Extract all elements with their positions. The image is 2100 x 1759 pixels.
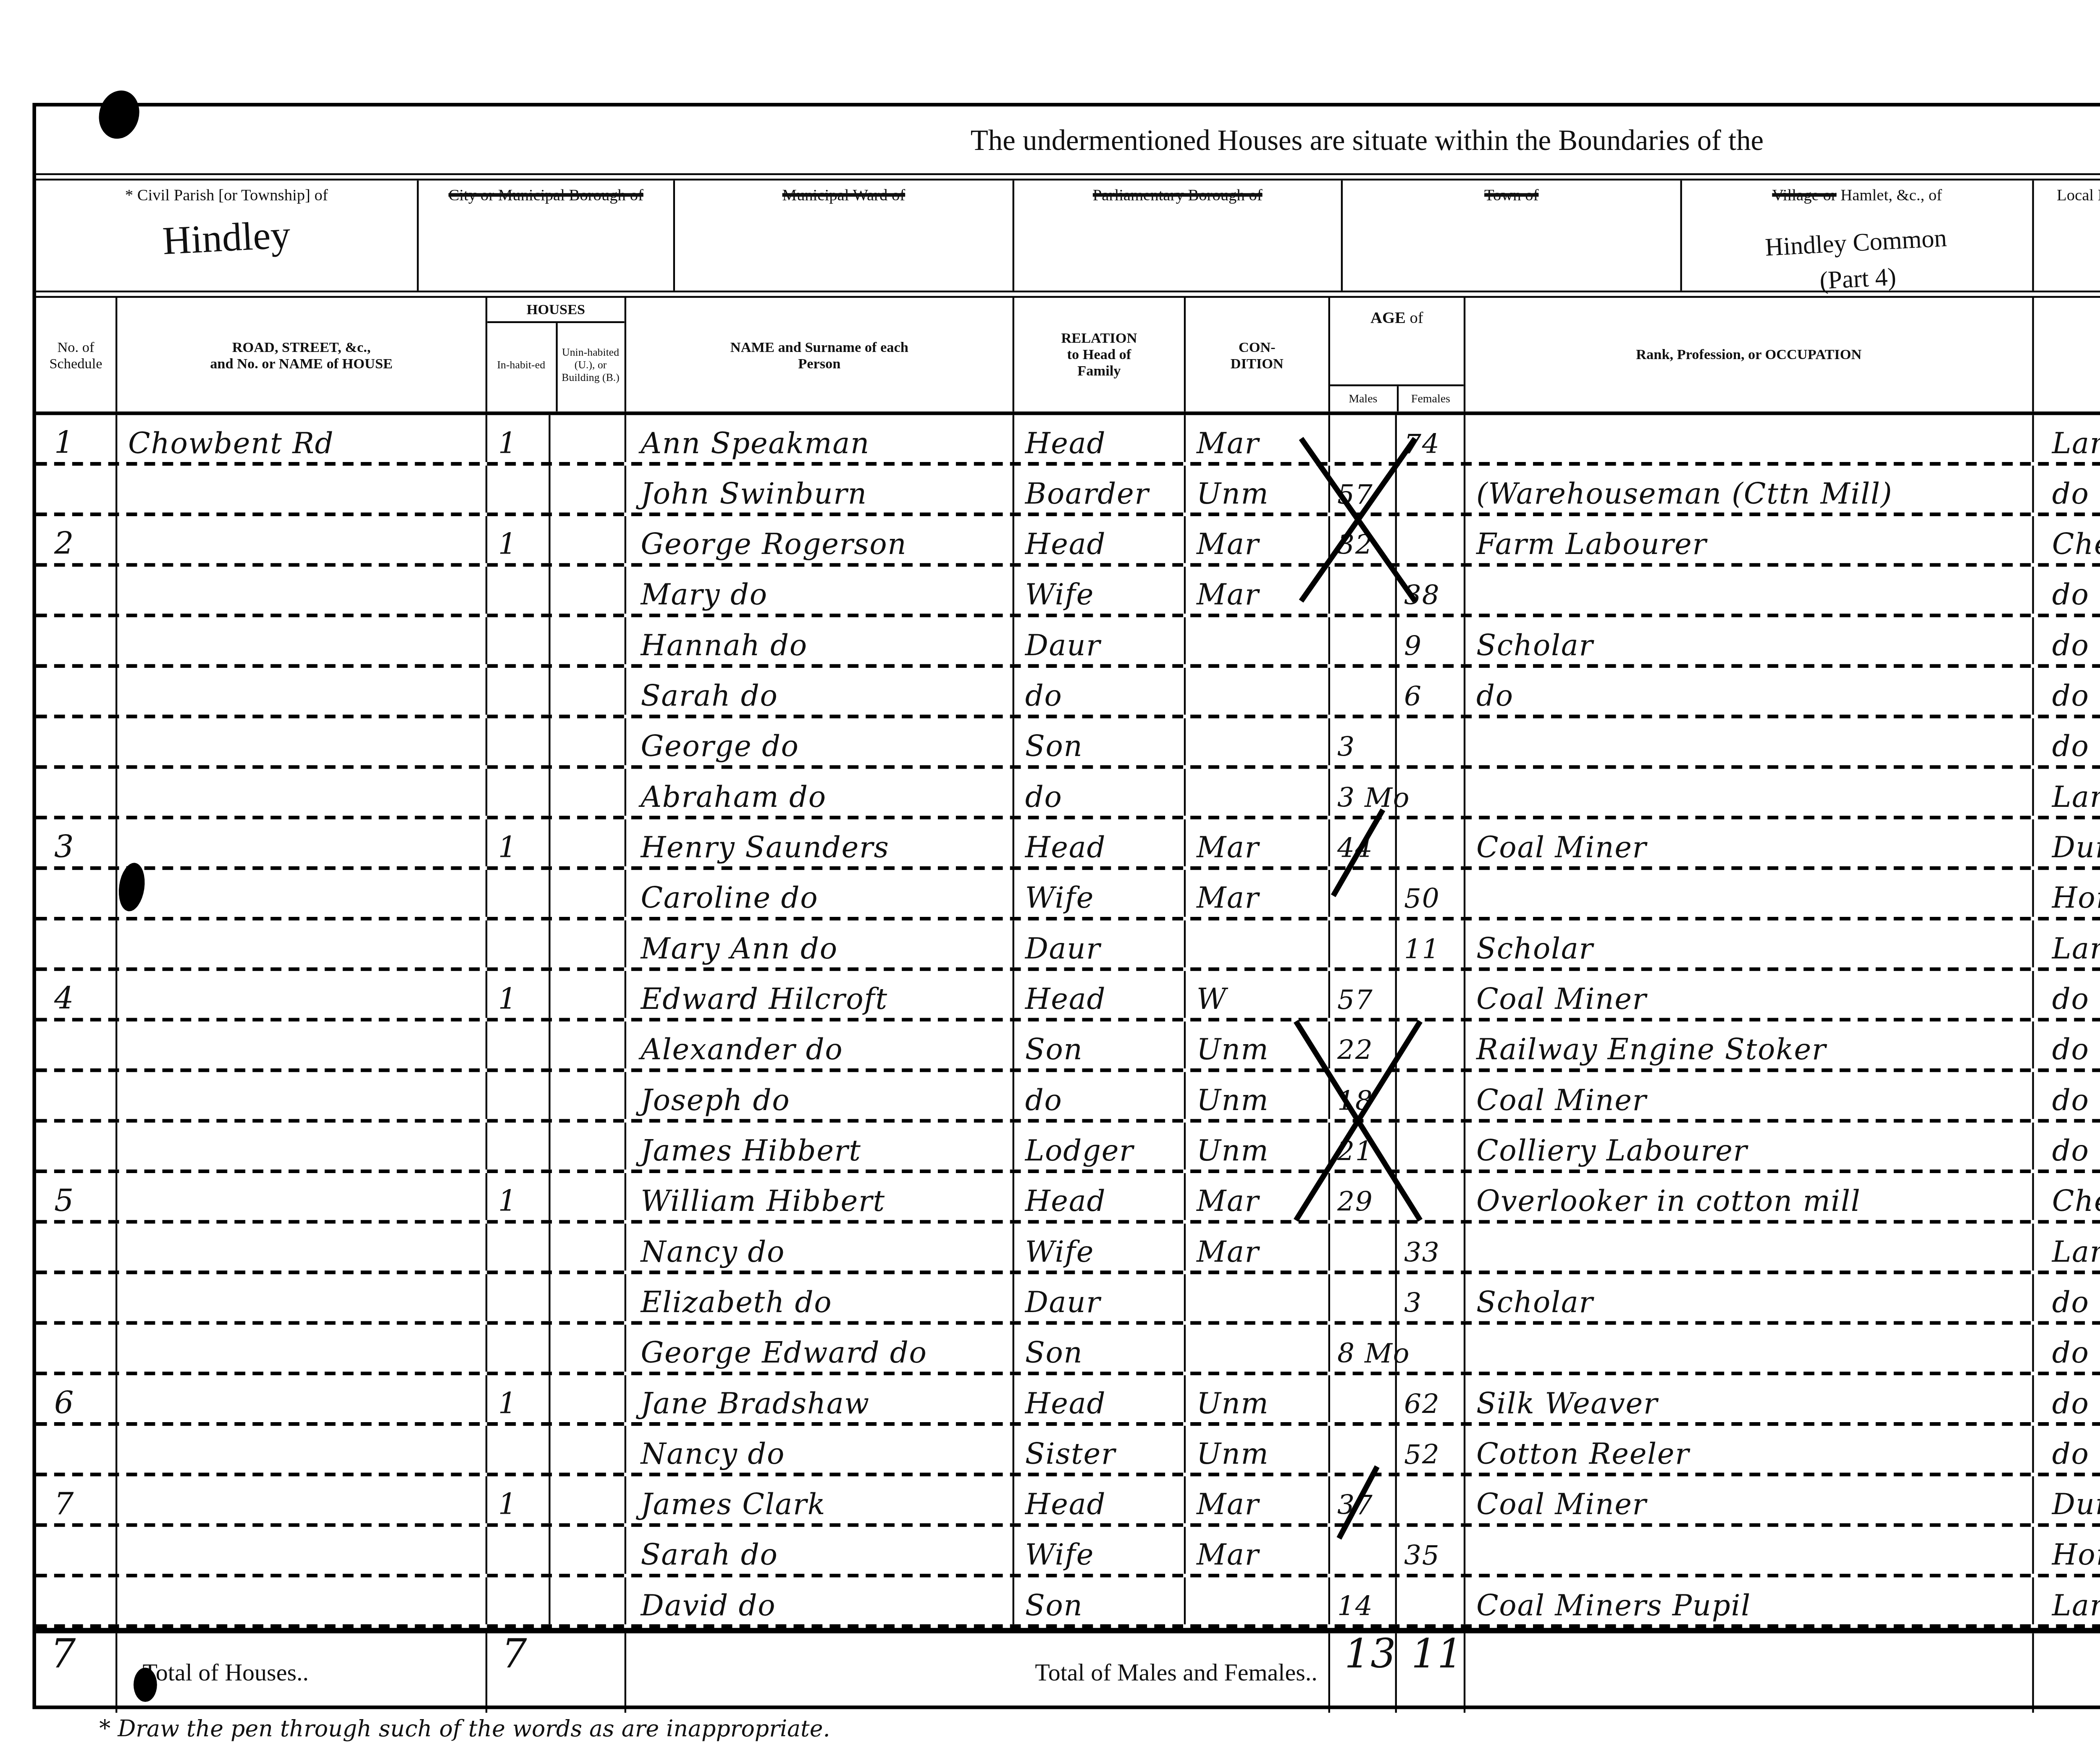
census-table: The undermentioned Houses are situate wi… [32, 103, 2100, 1709]
cell-where-born: do do [2034, 718, 2100, 765]
entry-occupation: Colliery Labourer [1476, 1135, 1748, 1168]
cell-name: Sarah do [626, 668, 1014, 715]
cell-houses-inhabited: 1 [487, 971, 550, 1018]
entry-name: James Clark [640, 1489, 826, 1521]
cell-houses-inhabited [487, 466, 550, 513]
header-local-board: Local Board, or [Improvement Commissione… [2034, 181, 2100, 291]
table-row: Elizabeth doDaur3Scholardo do [36, 1274, 2100, 1325]
cell-name: William Hibbert [626, 1173, 1014, 1220]
entry-occupation: Farm Labourer [1476, 529, 1707, 561]
cell-road [117, 1426, 487, 1473]
cell-relation: Lodger [1014, 1123, 1186, 1170]
cell-schedule [36, 1072, 117, 1119]
entry-relation: Wife [1025, 1539, 1094, 1572]
entry-name: Elizabeth do [640, 1287, 832, 1319]
cell-age-female [1397, 1476, 1465, 1523]
entry-name: Nancy do [640, 1236, 785, 1268]
entry-where-born: Lancashire Bold [2052, 428, 2100, 460]
colhead-females: Females [1398, 386, 1464, 412]
cell-age-female [1397, 1072, 1465, 1119]
header-municipal-ward: Municipal Ward of [675, 181, 1014, 291]
entry-age-female: 9 [1404, 630, 1422, 662]
cell-houses-inhabited [487, 1223, 550, 1271]
entry-houses-inhabited: 1 [498, 832, 517, 864]
cell-occupation: Coal Miner [1465, 819, 2034, 866]
cell-where-born: do do [2034, 1072, 2100, 1119]
cell-road [117, 870, 487, 917]
cell-schedule [36, 617, 117, 664]
cell-relation: Wife [1014, 1223, 1186, 1271]
cell-name: Edward Hilcroft [626, 971, 1014, 1018]
totals-males-females-label: Total of Males and Females.. [626, 1633, 1330, 1713]
entry-road: Chowbent Rd [128, 428, 334, 460]
table-row: Mary Ann doDaur11ScholarLancashire Bolto… [36, 920, 2100, 971]
totals-females-value: 11 [1397, 1633, 1465, 1713]
cell-condition: Mar [1186, 1527, 1330, 1574]
cell-schedule [36, 1426, 117, 1473]
cell-where-born: do Ince [2034, 1375, 2100, 1422]
cell-schedule [36, 1021, 117, 1069]
entry-condition: Unm [1197, 1084, 1269, 1117]
colhead-where-born: WHERE BORN [2034, 298, 2100, 412]
cell-relation: Head [1014, 516, 1186, 563]
cell-relation: Daur [1014, 1274, 1186, 1321]
cell-houses-uninhabited [551, 1021, 626, 1069]
colhead-males: Males [1330, 386, 1398, 412]
cell-houses-uninhabited [551, 567, 626, 614]
cell-age-male: 14 [1330, 1578, 1397, 1625]
cell-name: George do [626, 718, 1014, 765]
cell-condition [1186, 1578, 1330, 1625]
cell-relation: Head [1014, 1375, 1186, 1422]
cell-road [117, 617, 487, 664]
cell-road [117, 567, 487, 614]
totals-row: 7 Total of Houses.. 7 Total of Males and… [36, 1628, 2100, 1713]
cell-houses-inhabited [487, 1072, 550, 1119]
cell-condition [1186, 1274, 1330, 1321]
cell-road [117, 1173, 487, 1220]
entry-houses-inhabited: 1 [498, 984, 517, 1016]
cell-houses-uninhabited [551, 1527, 626, 1574]
table-row: James HibbertLodgerUnm21Colliery Laboure… [36, 1123, 2100, 1173]
entry-name: David do [640, 1590, 776, 1622]
entry-where-born: do Hindley [2052, 984, 2100, 1016]
entry-age-female: 33 [1404, 1236, 1440, 1268]
cell-relation: Wife [1014, 567, 1186, 614]
cell-houses-inhabited [487, 1527, 550, 1574]
header-municipal-borough: City or Municipal Borough of [419, 181, 675, 291]
cell-age-female [1397, 1123, 1465, 1170]
header-village-hamlet: Village or Hamlet, &c., of Hindley Commo… [1682, 181, 2034, 291]
title-band: The undermentioned Houses are situate wi… [36, 107, 2100, 181]
entry-schedule: 6 [54, 1388, 74, 1420]
cell-houses-uninhabited [551, 1072, 626, 1119]
cell-relation: Head [1014, 1476, 1186, 1523]
entry-condition: Mar [1197, 1236, 1259, 1268]
entry-where-born: Lancashire Bolton [2052, 933, 2100, 966]
cell-condition: Mar [1186, 516, 1330, 563]
cell-age-male [1330, 567, 1397, 614]
cell-houses-inhabited [487, 1325, 550, 1372]
cell-occupation: Silk Weaver [1465, 1375, 2034, 1422]
cell-age-female [1397, 1578, 1465, 1625]
table-row: 71James ClarkHeadMar37Coal MinerDunferml… [36, 1476, 2100, 1527]
entry-relation: Head [1025, 832, 1106, 864]
cell-relation: Wife [1014, 870, 1186, 917]
cell-schedule [36, 1578, 117, 1625]
cell-occupation: Cotton Reeler [1465, 1426, 2034, 1473]
entry-where-born: do do [2052, 680, 2100, 713]
cell-schedule [36, 466, 117, 513]
cell-name: Jane Bradshaw [626, 1375, 1014, 1422]
entry-condition: Unm [1197, 478, 1269, 511]
totals-occupation-blank [1465, 1633, 2034, 1713]
entry-name: William Hibbert [640, 1186, 885, 1218]
entry-occupation: Overlooker in cotton mill [1476, 1186, 1861, 1218]
cell-condition: Mar [1186, 415, 1330, 462]
cell-condition: Unm [1186, 1072, 1330, 1119]
entry-age-female: 11 [1404, 933, 1440, 966]
cell-relation: do [1014, 769, 1186, 816]
cell-road [117, 1476, 487, 1523]
colhead-age: AGE of Males Females [1330, 298, 1465, 412]
totals-houses-value: 7 [487, 1633, 626, 1713]
entry-relation: Son [1025, 1337, 1083, 1370]
cell-name: George Rogerson [626, 516, 1014, 563]
entry-age-female: 35 [1404, 1539, 1440, 1572]
entry-relation: do [1025, 680, 1063, 713]
entry-where-born: do Prestolee [2052, 1135, 2100, 1168]
entry-condition: Unm [1197, 1034, 1269, 1066]
entry-where-born: Cheshire Dunham [2052, 529, 2100, 561]
cell-age-female: 6 [1397, 668, 1465, 715]
entry-relation: Wife [1025, 882, 1094, 915]
cell-occupation [1465, 1223, 2034, 1271]
cell-occupation: Railway Engine Stoker [1465, 1021, 2034, 1069]
cell-condition: Mar [1186, 819, 1330, 866]
cell-where-born: Lancashire Bold [2034, 415, 2100, 462]
cell-occupation: Scholar [1465, 617, 2034, 664]
cell-houses-uninhabited [551, 1223, 626, 1271]
cell-age-male: 37 [1330, 1476, 1397, 1523]
table-row: 41Edward HilcroftHeadW57Coal Minerdo Hin… [36, 971, 2100, 1021]
cell-relation: Son [1014, 718, 1186, 765]
cell-road [117, 1274, 487, 1321]
cell-age-female: 62 [1397, 1375, 1465, 1422]
entry-occupation: Coal Miner [1476, 1489, 1647, 1521]
cell-schedule: 3 [36, 819, 117, 866]
entry-name: Abraham do [640, 782, 826, 814]
cell-age-female [1397, 466, 1465, 513]
cell-relation: Son [1014, 1021, 1186, 1069]
cell-schedule [36, 567, 117, 614]
entry-occupation: Scholar [1476, 630, 1593, 662]
cell-age-female [1397, 718, 1465, 765]
entry-occupation: Coal Miner [1476, 832, 1647, 864]
entry-occupation: (Warehouseman (Cttn Mill) [1476, 478, 1893, 511]
cell-where-born: Durham [2034, 819, 2100, 866]
entry-name: Henry Saunders [640, 832, 889, 864]
cell-condition [1186, 769, 1330, 816]
colhead-condition: CON- DITION [1186, 298, 1330, 412]
cell-schedule [36, 1527, 117, 1574]
cell-houses-uninhabited [551, 1173, 626, 1220]
entry-houses-inhabited: 1 [498, 529, 517, 561]
cell-road [117, 1021, 487, 1069]
cell-relation: Wife [1014, 1527, 1186, 1574]
table-row: David doSon14Coal Miners PupilLancashire… [36, 1578, 2100, 1628]
cell-occupation [1465, 415, 2034, 462]
cell-houses-uninhabited [551, 769, 626, 816]
cell-occupation: Scholar [1465, 1274, 2034, 1321]
entry-condition: Mar [1197, 1186, 1259, 1218]
cell-name: Nancy do [626, 1223, 1014, 1271]
cell-houses-uninhabited [551, 1375, 626, 1422]
cell-road [117, 466, 487, 513]
cell-occupation [1465, 567, 2034, 614]
cell-age-female [1397, 516, 1465, 563]
entry-where-born: Durham [2052, 832, 2100, 864]
cell-houses-inhabited [487, 1578, 550, 1625]
cell-occupation [1465, 718, 2034, 765]
cell-where-born: Horwich Lancashire [2034, 1527, 2100, 1574]
locality-header-band: * Civil Parish [or Township] of Hindley … [36, 181, 2100, 298]
cell-relation: do [1014, 1072, 1186, 1119]
cell-schedule: 5 [36, 1173, 117, 1220]
cell-age-female: 52 [1397, 1426, 1465, 1473]
cell-road [117, 516, 487, 563]
entry-condition: Unm [1197, 1388, 1269, 1420]
cell-name: Joseph do [626, 1072, 1014, 1119]
cell-age-female: 35 [1397, 1527, 1465, 1574]
cell-relation: Daur [1014, 920, 1186, 967]
cell-age-female: 11 [1397, 920, 1465, 967]
cell-relation: Son [1014, 1578, 1186, 1625]
entry-relation: Son [1025, 731, 1083, 763]
cell-houses-uninhabited [551, 819, 626, 866]
cell-where-born: do do [2034, 617, 2100, 664]
cell-name: David do [626, 1578, 1014, 1625]
entry-where-born: do do [2052, 630, 2100, 662]
entry-name: Hannah do [640, 630, 808, 662]
table-row: 1Chowbent Rd1Ann SpeakmanHeadMar74Lancas… [36, 415, 2100, 465]
entry-where-born: do do [2052, 1287, 2100, 1319]
cell-schedule [36, 1325, 117, 1372]
entry-age-male: 3 Mo [1337, 782, 1410, 814]
cell-relation: Head [1014, 819, 1186, 866]
entry-schedule: 7 [54, 1489, 74, 1521]
colhead-name: NAME and Surname of each Person [626, 298, 1014, 412]
cell-age-male [1330, 920, 1397, 967]
cell-road: Chowbent Rd [117, 415, 487, 462]
table-row: Alexander doSonUnm22Railway Engine Stoke… [36, 1021, 2100, 1072]
cell-name: Ann Speakman [626, 415, 1014, 462]
entry-name: Sarah do [640, 680, 778, 713]
table-row: Nancy doSisterUnm52Cotton Reelerdo do [36, 1426, 2100, 1476]
cell-occupation: Coal Miners Pupil [1465, 1578, 2034, 1625]
entry-age-male: 14 [1337, 1590, 1373, 1622]
cell-age-male [1330, 1375, 1397, 1422]
cell-houses-uninhabited [551, 1274, 626, 1321]
cell-condition: Unm [1186, 1375, 1330, 1422]
cell-where-born: Lancashire Bolton [2034, 920, 2100, 967]
cell-condition: Unm [1186, 1123, 1330, 1170]
cell-name: Mary Ann do [626, 920, 1014, 967]
entry-where-born: Cheshire Stockport [2052, 1186, 2100, 1218]
entry-occupation: Railway Engine Stoker [1476, 1034, 1827, 1066]
colhead-houses: HOUSES In-habit-ed Unin-habited (U.), or… [487, 298, 626, 412]
cell-houses-uninhabited [551, 1476, 626, 1523]
cell-houses-inhabited: 1 [487, 1375, 550, 1422]
cell-condition: Mar [1186, 1223, 1330, 1271]
cell-where-born: do Hindley [2034, 971, 2100, 1018]
entry-where-born: do do [2052, 579, 2100, 612]
cell-relation: Daur [1014, 617, 1186, 664]
colhead-occupation: Rank, Profession, or OCCUPATION [1465, 298, 2034, 412]
entry-where-born: do do [2052, 1337, 2100, 1370]
cell-occupation: Scholar [1465, 920, 2034, 967]
entry-schedule: 2 [54, 529, 74, 561]
entry-name: Jane Bradshaw [640, 1388, 870, 1420]
cell-age-female: 3 [1397, 1274, 1465, 1321]
cell-age-male [1330, 1274, 1397, 1321]
entry-name: Ann Speakman [640, 428, 870, 460]
entry-relation: Head [1025, 984, 1106, 1016]
cell-relation: Head [1014, 1173, 1186, 1220]
cell-age-male: 22 [1330, 1021, 1397, 1069]
entry-occupation: Coal Miners Pupil [1476, 1590, 1751, 1622]
cell-houses-uninhabited [551, 1426, 626, 1473]
ink-blot [134, 1667, 157, 1702]
entry-condition: Mar [1197, 428, 1259, 460]
entry-where-born: Dunfermland Scotland [2052, 1489, 2100, 1521]
cell-road [117, 1375, 487, 1422]
entry-relation: Sister [1025, 1439, 1116, 1471]
cell-schedule: 2 [36, 516, 117, 563]
cell-houses-uninhabited [551, 617, 626, 664]
cell-occupation [1465, 1527, 2034, 1574]
entry-houses-inhabited: 1 [498, 428, 517, 460]
entry-relation: Son [1025, 1034, 1083, 1066]
cell-occupation: Coal Miner [1465, 1072, 2034, 1119]
cell-houses-inhabited: 1 [487, 415, 550, 462]
table-row: Joseph dodoUnm18Coal Minerdo do [36, 1072, 2100, 1122]
cell-schedule [36, 1274, 117, 1321]
entry-occupation: Silk Weaver [1476, 1388, 1658, 1420]
cell-condition: Mar [1186, 1476, 1330, 1523]
colhead-schedule: No. of Schedule [36, 298, 117, 412]
cell-houses-uninhabited [551, 516, 626, 563]
cell-houses-uninhabited [551, 920, 626, 967]
entry-relation: Daur [1025, 933, 1101, 966]
cell-condition [1186, 617, 1330, 664]
cell-age-male: 8 Mo [1330, 1325, 1397, 1372]
entry-where-born: do Prestolee [2052, 478, 2100, 511]
cell-name: Hannah do [626, 617, 1014, 664]
local-board-value: Hindley [2033, 233, 2100, 287]
cell-schedule [36, 870, 117, 917]
cell-condition: Mar [1186, 870, 1330, 917]
entry-where-born: do do [2052, 1439, 2100, 1471]
cell-relation: Son [1014, 1325, 1186, 1372]
cell-houses-uninhabited [551, 1325, 626, 1372]
cell-name: Abraham do [626, 769, 1014, 816]
entry-name: Mary Ann do [640, 933, 837, 966]
entry-where-born: do do [2052, 1084, 2100, 1117]
cell-condition: W [1186, 971, 1330, 1018]
table-row: 31Henry SaundersHeadMar44Coal MinerDurha… [36, 819, 2100, 870]
entry-where-born: Lancashire Hindley [2052, 1236, 2100, 1268]
cell-schedule: 1 [36, 415, 117, 462]
table-row: Sarah doWifeMar35Horwich Lancashire [36, 1527, 2100, 1577]
colhead-relation: RELATION to Head of Family [1014, 298, 1186, 412]
cell-condition [1186, 718, 1330, 765]
table-row: Abraham dodo3 MoLancashire Hindley [36, 769, 2100, 819]
entry-relation: Daur [1025, 1287, 1101, 1319]
table-row: 21George RogersonHeadMar32Farm LabourerC… [36, 516, 2100, 567]
entry-name: George do [640, 731, 799, 763]
header-civil-parish: * Civil Parish [or Township] of Hindley [36, 181, 419, 291]
entry-houses-inhabited: 1 [498, 1186, 517, 1218]
cell-occupation: Farm Labourer [1465, 516, 2034, 563]
table-row: John SwinburnBoarderUnm57(Warehouseman (… [36, 466, 2100, 516]
cell-houses-uninhabited [551, 668, 626, 715]
cell-schedule: 6 [36, 1375, 117, 1422]
entry-occupation: Scholar [1476, 933, 1593, 966]
entry-name: Caroline do [640, 882, 818, 915]
entry-age-male: 22 [1337, 1034, 1373, 1066]
cell-name: John Swinburn [626, 466, 1014, 513]
cell-schedule [36, 668, 117, 715]
cell-road [117, 819, 487, 866]
cell-houses-inhabited [487, 718, 550, 765]
table-row: Nancy doWifeMar33Lancashire Hindley [36, 1223, 2100, 1274]
cell-where-born: Cheshire Dunham [2034, 516, 2100, 563]
entry-age-male: 3 [1337, 731, 1355, 763]
entry-where-born: do do [2052, 731, 2100, 763]
header-parliamentary-borough: Parliamentary Borough of [1014, 181, 1343, 291]
sheet-title: The undermentioned Houses are situate wi… [971, 126, 1764, 157]
entry-occupation: Cotton Reeler [1476, 1439, 1690, 1471]
totals-schedule: 7 [36, 1633, 117, 1713]
entry-where-born: Lancashire Hindley [2052, 782, 2100, 814]
cell-where-born: Horwich [2034, 870, 2100, 917]
entry-where-born: do Ince [2052, 1388, 2100, 1420]
entry-schedule: 4 [54, 984, 74, 1016]
entry-schedule: 5 [54, 1186, 74, 1218]
entry-name: John Swinburn [640, 478, 867, 511]
cell-relation: Head [1014, 415, 1186, 462]
cell-schedule [36, 1123, 117, 1170]
totals-houses-label: Total of Houses.. [117, 1633, 487, 1713]
table-row: Sarah dodo6dodo do [36, 668, 2100, 718]
entry-schedule: 1 [54, 428, 74, 460]
entry-relation: do [1025, 1084, 1063, 1117]
entry-occupation: Scholar [1476, 1287, 1593, 1319]
cell-name: Sarah do [626, 1527, 1014, 1574]
cell-name: Caroline do [626, 870, 1014, 917]
cell-occupation: Colliery Labourer [1465, 1123, 2034, 1170]
cell-occupation: Coal Miner [1465, 1476, 2034, 1523]
cell-condition [1186, 1325, 1330, 1372]
table-row: George doSon3do do [36, 718, 2100, 769]
cell-schedule [36, 920, 117, 967]
cell-road [117, 769, 487, 816]
entry-name: Sarah do [640, 1539, 778, 1572]
cell-where-born: do do [2034, 668, 2100, 715]
cell-where-born: do Prestolee [2034, 466, 2100, 513]
entry-occupation: Coal Miner [1476, 984, 1647, 1016]
